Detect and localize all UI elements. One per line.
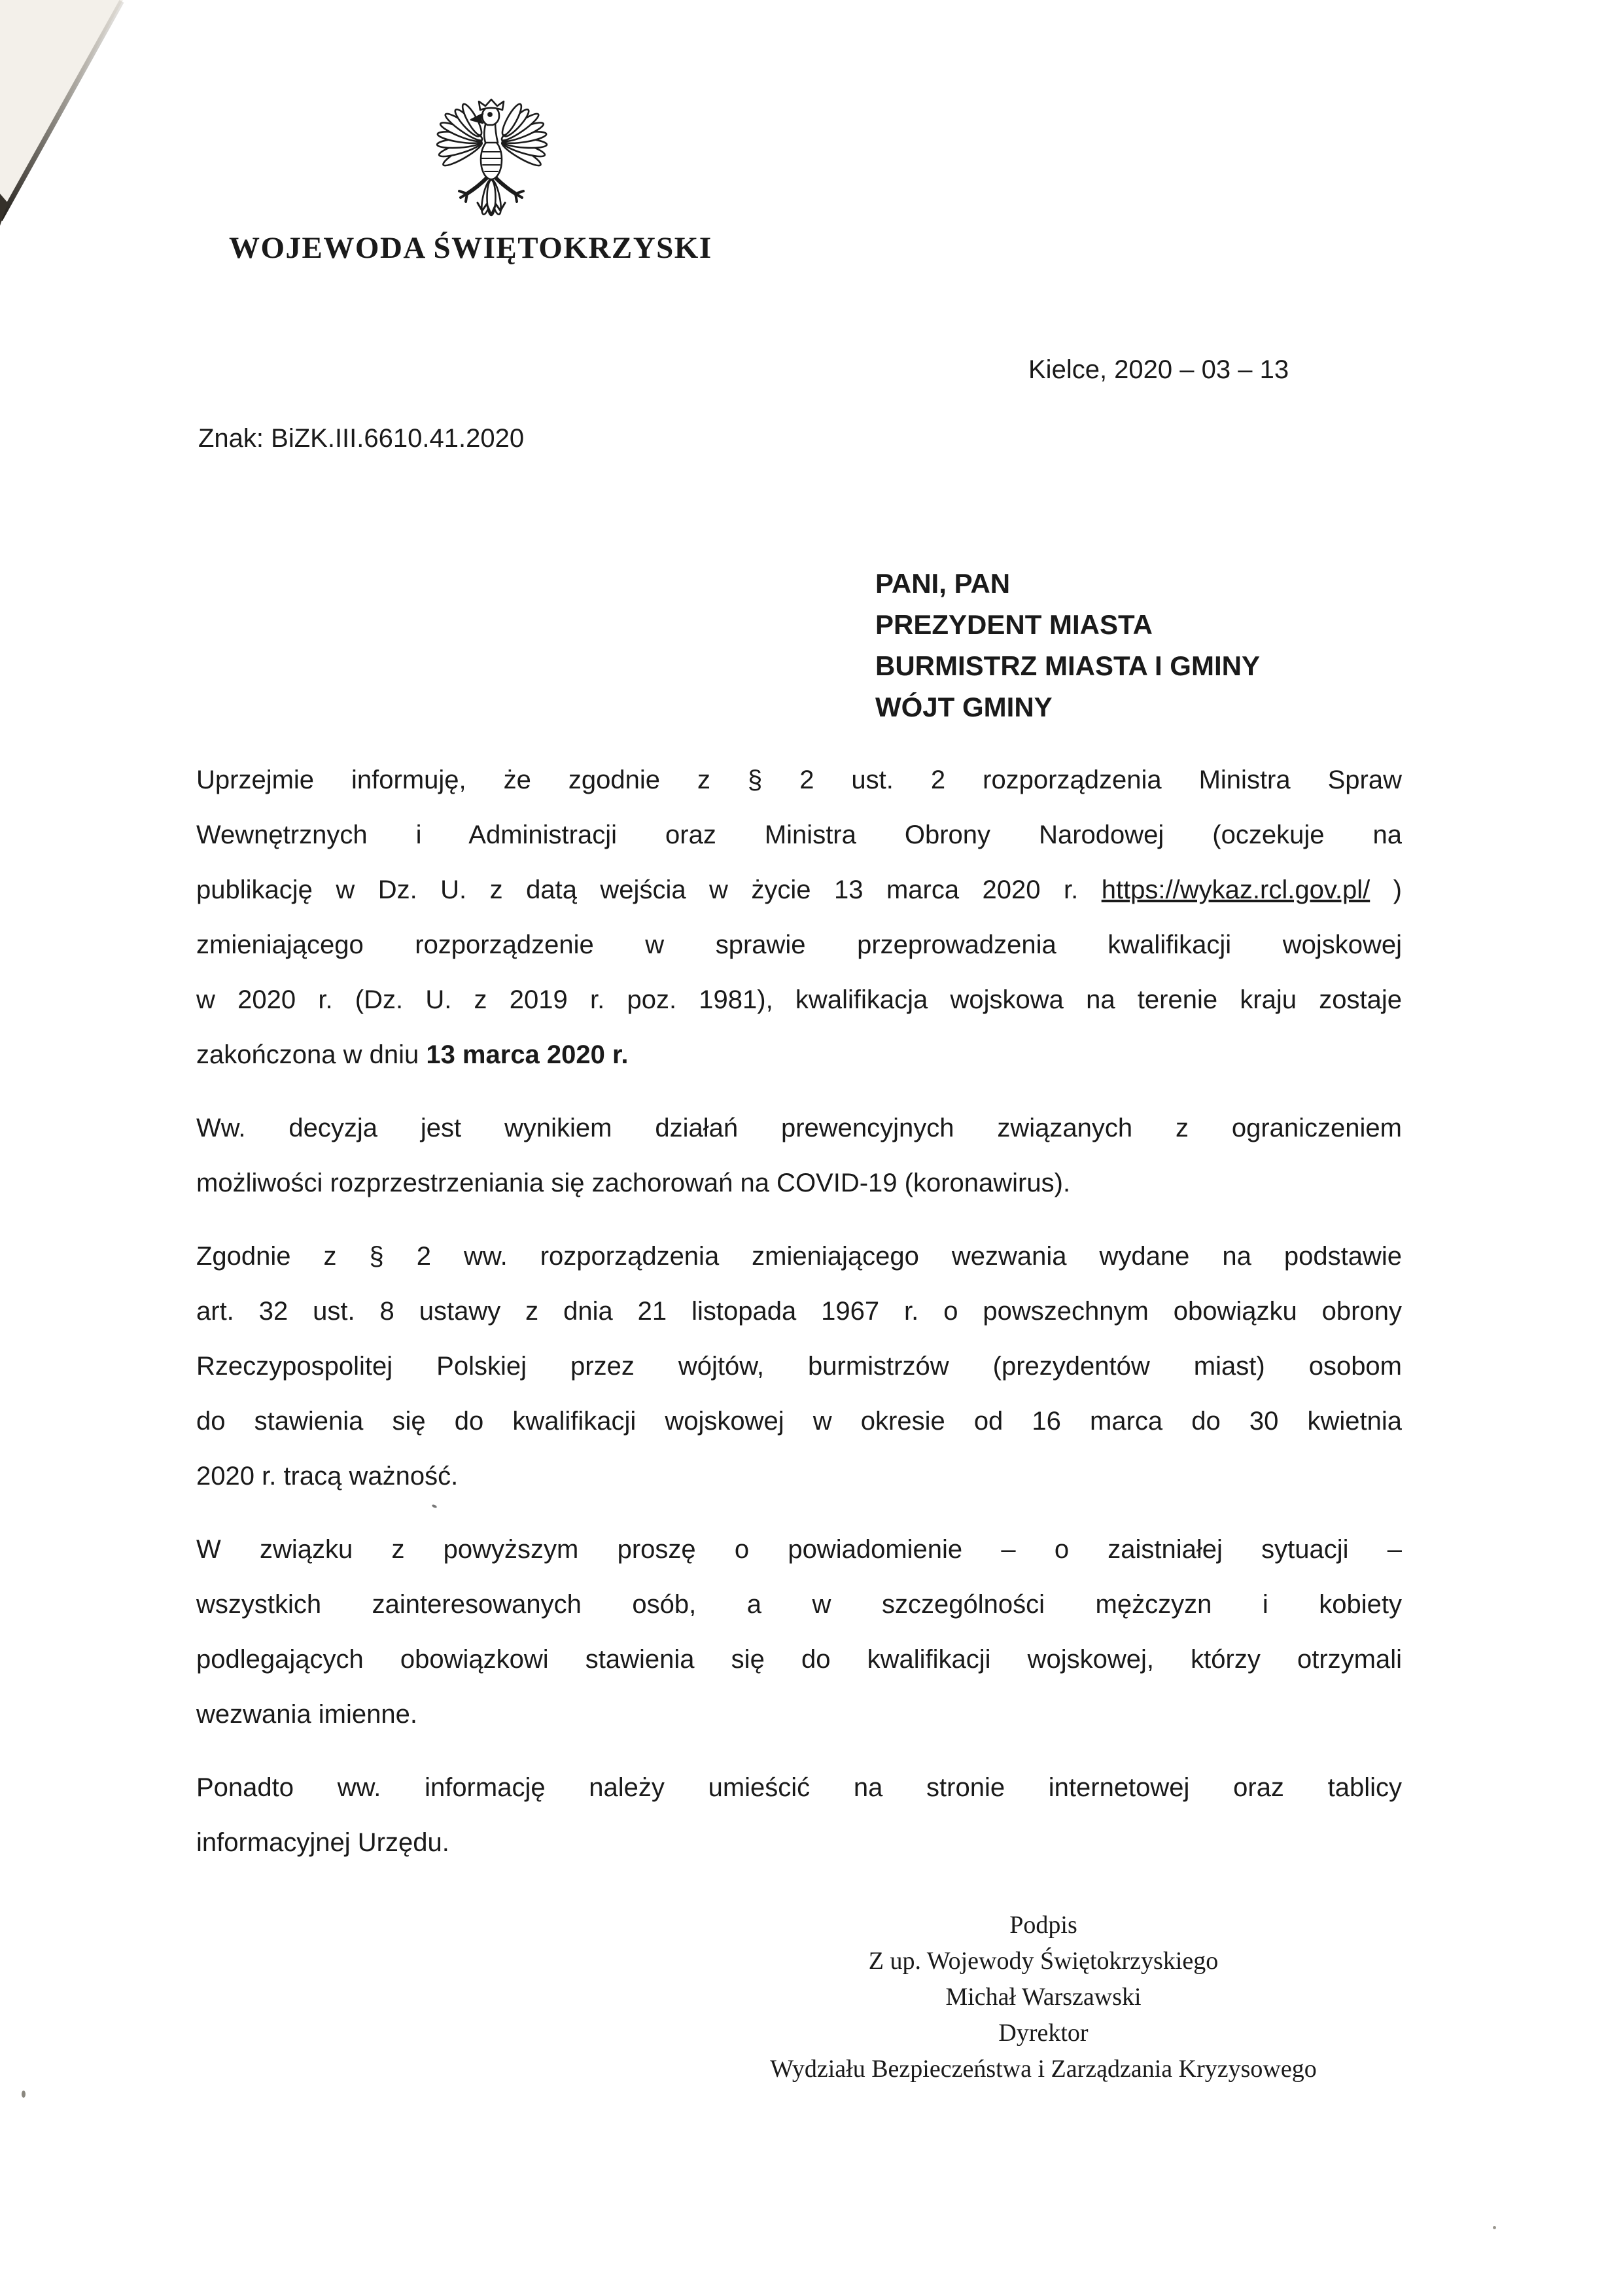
paragraph: Ww. decyzja jest wynikiem działań prewen… bbox=[196, 1101, 1402, 1210]
text-segment: do stawienia się do kwalifikacji wojskow… bbox=[196, 1407, 1402, 1436]
text-segment: zakończona w dniu bbox=[196, 1040, 426, 1069]
text-segment: wezwania imienne. bbox=[196, 1700, 417, 1729]
polish-eagle-emblem bbox=[434, 98, 550, 222]
wykaz-link[interactable]: https://wykaz.rcl.gov.pl/ bbox=[1102, 875, 1370, 904]
paragraph: W związku z powyższym proszę o powiadomi… bbox=[196, 1522, 1402, 1742]
body-line: art. 32 ust. 8 ustawy z dnia 21 listopad… bbox=[196, 1284, 1402, 1339]
body-line: w 2020 r. (Dz. U. z 2019 r. poz. 1981), … bbox=[196, 972, 1402, 1027]
text-segment: 2020 r. tracą ważność. bbox=[196, 1462, 458, 1491]
body-line: W związku z powyższym proszę o powiadomi… bbox=[196, 1522, 1402, 1577]
scanned-letter-page: WOJEWODA ŚWIĘTOKRZYSKI Kielce, 2020 – 03… bbox=[0, 0, 1623, 2296]
signature-caption: Podpis bbox=[733, 1907, 1354, 1943]
text-segment: art. 32 ust. 8 ustawy z dnia 21 listopad… bbox=[196, 1297, 1402, 1326]
reference-number: Znak: BiZK.III.6610.41.2020 bbox=[198, 424, 524, 453]
text-segment: Ponadto ww. informację należy umieścić n… bbox=[196, 1773, 1402, 1802]
body-line: zmieniającego rozporządzenie w sprawie p… bbox=[196, 917, 1402, 972]
text-segment: podlegających obowiązkowi stawienia się … bbox=[196, 1645, 1402, 1674]
body-paragraphs: Uprzejmie informuję, że zgodnie z § 2 us… bbox=[196, 752, 1402, 1888]
text-segment: zmieniającego rozporządzenie w sprawie p… bbox=[196, 930, 1402, 959]
body-line: wezwania imienne. bbox=[196, 1687, 1402, 1742]
paragraph: Uprzejmie informuję, że zgodnie z § 2 us… bbox=[196, 752, 1402, 1082]
letterhead-office-title: WOJEWODA ŚWIĘTOKRZYSKI bbox=[229, 230, 712, 266]
body-line: Ww. decyzja jest wynikiem działań prewen… bbox=[196, 1101, 1402, 1156]
body-line: podlegających obowiązkowi stawienia się … bbox=[196, 1632, 1402, 1687]
deadline-bold-text: 13 marca 2020 r. bbox=[426, 1040, 628, 1069]
body-line: do stawienia się do kwalifikacji wojskow… bbox=[196, 1394, 1402, 1449]
text-segment: publikację w Dz. U. z datą wejścia w życ… bbox=[196, 875, 1102, 904]
scan-speck bbox=[1493, 2226, 1496, 2229]
body-line: publikację w Dz. U. z datą wejścia w życ… bbox=[196, 862, 1402, 917]
paragraph: Zgodnie z § 2 ww. rozporządzenia zmienia… bbox=[196, 1229, 1402, 1504]
place-and-date: Kielce, 2020 – 03 – 13 bbox=[1028, 355, 1289, 385]
body-line: Uprzejmie informuję, że zgodnie z § 2 us… bbox=[196, 752, 1402, 807]
body-line: Wewnętrznych i Administracji oraz Minist… bbox=[196, 807, 1402, 862]
body-line: możliwości rozprzestrzeniania się zachor… bbox=[196, 1156, 1402, 1210]
text-segment: Ww. decyzja jest wynikiem działań prewen… bbox=[196, 1114, 1402, 1142]
body-line: 2020 r. tracą ważność. bbox=[196, 1449, 1402, 1504]
addressee-line: PREZYDENT MIASTA bbox=[875, 604, 1260, 645]
paragraph: Ponadto ww. informację należy umieścić n… bbox=[196, 1760, 1402, 1870]
body-line: Ponadto ww. informację należy umieścić n… bbox=[196, 1760, 1402, 1815]
scan-speck bbox=[22, 2091, 26, 2098]
signature-authority: Z up. Wojewody Świętokrzyskiego bbox=[733, 1943, 1354, 1979]
text-segment: Uprzejmie informuję, że zgodnie z § 2 us… bbox=[196, 766, 1402, 794]
addressee-block: PANI, PAN PREZYDENT MIASTA BURMISTRZ MIA… bbox=[875, 563, 1260, 728]
addressee-line: WÓJT GMINY bbox=[875, 686, 1260, 728]
text-segment: Rzeczypospolitej Polskiej przez wójtów, … bbox=[196, 1352, 1402, 1381]
signature-role: Dyrektor bbox=[733, 2015, 1354, 2051]
body-line: Rzeczypospolitej Polskiej przez wójtów, … bbox=[196, 1339, 1402, 1394]
body-line: Zgodnie z § 2 ww. rozporządzenia zmienia… bbox=[196, 1229, 1402, 1284]
text-segment: informacyjnej Urzędu. bbox=[196, 1828, 449, 1857]
text-segment: ) bbox=[1370, 875, 1402, 904]
signature-block: Podpis Z up. Wojewody Świętokrzyskiego M… bbox=[733, 1907, 1354, 2087]
text-segment: możliwości rozprzestrzeniania się zachor… bbox=[196, 1169, 1070, 1197]
body-line: wszystkich zainteresowanych osób, a w sz… bbox=[196, 1577, 1402, 1632]
text-segment: w 2020 r. (Dz. U. z 2019 r. poz. 1981), … bbox=[196, 985, 1402, 1014]
page-fold-artifact bbox=[0, 0, 137, 236]
signature-name: Michał Warszawski bbox=[733, 1979, 1354, 2015]
body-line: informacyjnej Urzędu. bbox=[196, 1815, 1402, 1870]
body-line: zakończona w dniu 13 marca 2020 r. bbox=[196, 1027, 1402, 1082]
text-segment: wszystkich zainteresowanych osób, a w sz… bbox=[196, 1590, 1402, 1619]
addressee-line: PANI, PAN bbox=[875, 563, 1260, 604]
addressee-line: BURMISTRZ MIASTA I GMINY bbox=[875, 645, 1260, 686]
text-segment: W związku z powyższym proszę o powiadomi… bbox=[196, 1535, 1402, 1564]
signature-department: Wydziału Bezpieczeństwa i Zarządzania Kr… bbox=[733, 2051, 1354, 2087]
text-segment: Zgodnie z § 2 ww. rozporządzenia zmienia… bbox=[196, 1242, 1402, 1271]
text-segment: Wewnętrznych i Administracji oraz Minist… bbox=[196, 821, 1402, 849]
